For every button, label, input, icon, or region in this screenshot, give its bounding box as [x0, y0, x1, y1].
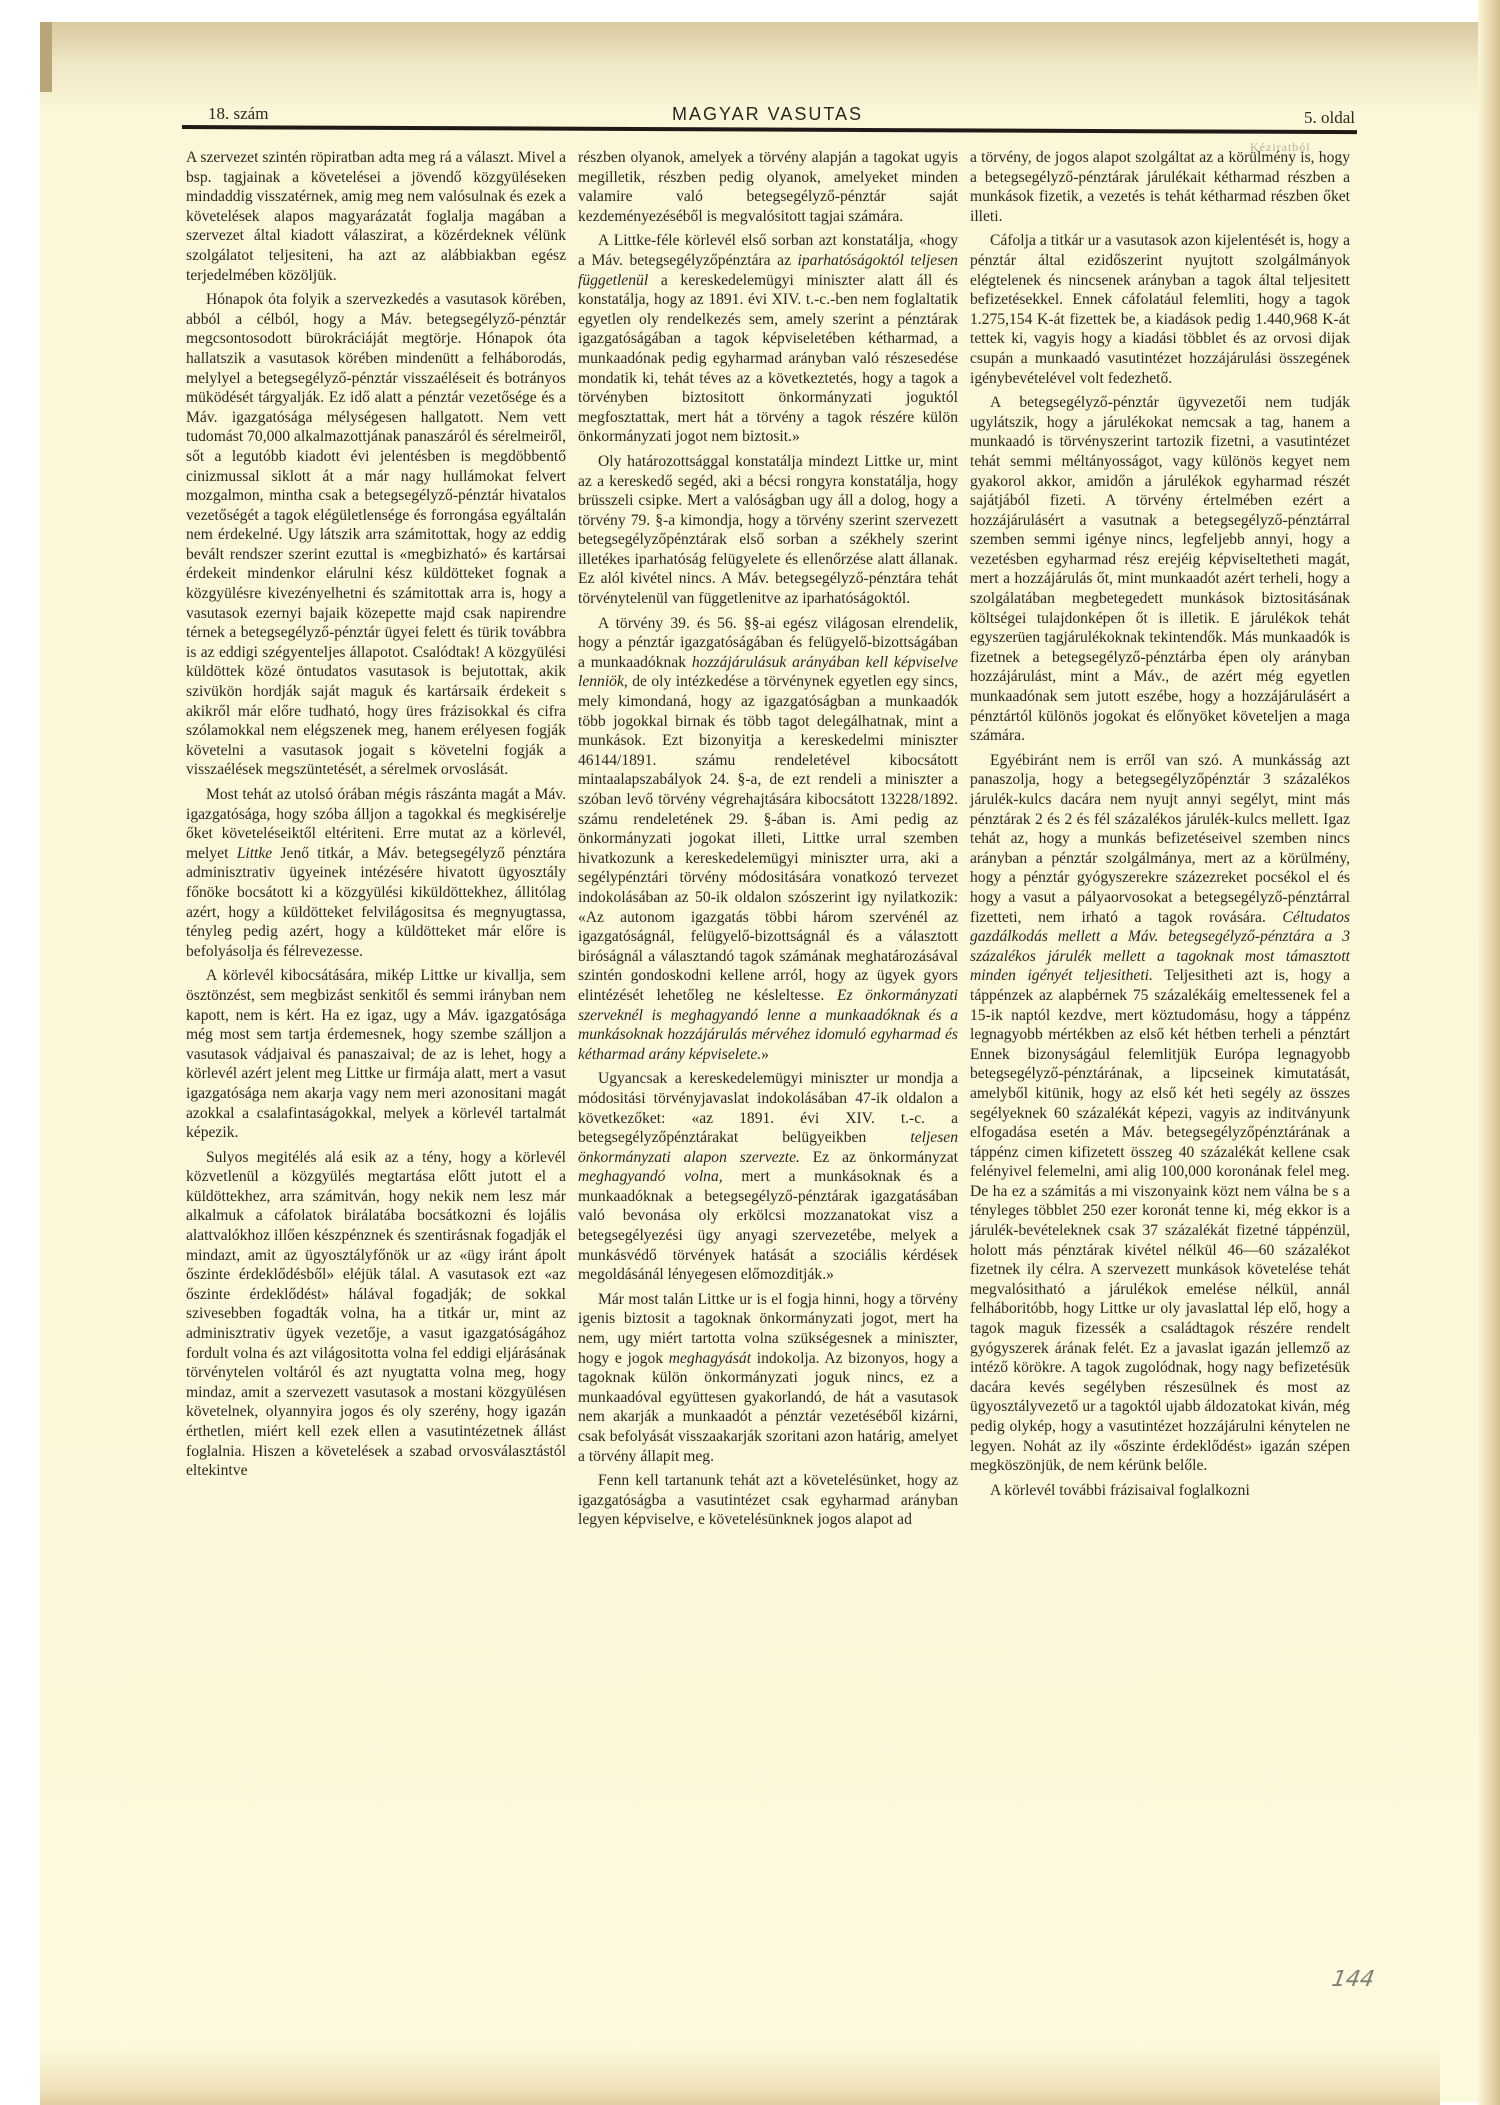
page-bottom-stain: [40, 2045, 1440, 2105]
column-1: A szervezet szintén röpiratban adta meg …: [186, 148, 566, 1535]
paragraph: Oly határozottsággal konstatálja mindezt…: [578, 452, 958, 609]
page-edge-right: [1478, 0, 1500, 2105]
paragraph: Már most talán Littke ur is el fogja hin…: [578, 1290, 958, 1466]
paragraph-text: »: [761, 1046, 769, 1063]
paragraph: Most tehát az utolsó órában mégis rászán…: [186, 785, 566, 961]
paragraph-text: a kereskedelemügyi miniszter alatt áll é…: [578, 272, 958, 446]
paragraph: a törvény, de jogos alapot szolgáltat az…: [970, 148, 1350, 226]
paragraph-text: a törvény, de jogos alapot szolgáltat az…: [970, 149, 1350, 225]
handwritten-page-number: 144: [1330, 1967, 1376, 1992]
page-number: 5. oldal: [1304, 108, 1355, 128]
page-edge-stain: [40, 22, 52, 92]
emphasis-text: Littke: [237, 845, 273, 862]
paragraph-text: Sulyos megitélés alá esik az a tény, hog…: [186, 1149, 566, 1480]
article-columns: A szervezet szintén röpiratban adta meg …: [186, 148, 1376, 1535]
newspaper-title: MAGYAR VASUTAS: [180, 104, 1355, 125]
paragraph-text: Jenő titkár, a Máv. betegsegélyző pénztá…: [186, 845, 566, 960]
column-2: részben olyanok, amelyek a törvény alapj…: [578, 148, 958, 1535]
paragraph: A szervezet szintén röpiratban adta meg …: [186, 148, 566, 285]
paragraph: Ugyancsak a kereskedelemügyi miniszter u…: [578, 1069, 958, 1285]
paragraph-text: A körlevél további frázisaival foglalkoz…: [990, 1482, 1250, 1499]
paragraph: Cáfolja a titkár ur a vasutasok azon kij…: [970, 231, 1350, 388]
paragraph: A Littke-féle körlevél első sorban azt k…: [578, 231, 958, 447]
paragraph: A betegsegélyző-pénztár ügyvezetői nem t…: [970, 393, 1350, 746]
paragraph: Egyébiránt nem is erről van szó. A munká…: [970, 751, 1350, 1476]
paragraph: A körlevél kibocsátására, mikép Littke u…: [186, 966, 566, 1142]
paragraph: Hónapok óta folyik a szervezkedés a vasu…: [186, 290, 566, 780]
paragraph: A körlevél további frázisaival foglalkoz…: [970, 1481, 1350, 1501]
paragraph-text: Oly határozottsággal konstatálja mindezt…: [578, 453, 958, 607]
paragraph-text: Fenn kell tartanunk tehát azt a követelé…: [578, 1472, 958, 1528]
emphasis-text: meghagyását: [669, 1350, 751, 1367]
emphasis-text: meghagyandó volna,: [578, 1168, 723, 1185]
paragraph-text: A szervezet szintén röpiratban adta meg …: [186, 149, 566, 284]
paragraph: Sulyos megitélés alá esik az a tény, hog…: [186, 1148, 566, 1481]
paragraph: A törvény 39. és 56. §§-ai egész világos…: [578, 614, 958, 1065]
paragraph: Fenn kell tartanunk tehát azt a követelé…: [578, 1471, 958, 1530]
paragraph-text: A körlevél kibocsátására, mikép Littke u…: [186, 967, 566, 1141]
paragraph: részben olyanok, amelyek a törvény alapj…: [578, 148, 958, 226]
paragraph-text: Ugyancsak a kereskedelemügyi miniszter u…: [578, 1070, 958, 1146]
paragraph-text: Hónapok óta folyik a szervezkedés a vasu…: [186, 291, 566, 778]
paragraph-text: Cáfolja a titkár ur a vasutasok azon kij…: [970, 232, 1350, 386]
column-3: a törvény, de jogos alapot szolgáltat az…: [970, 148, 1350, 1535]
paragraph-text: mert a munkásoknak és a munkaadóknak a b…: [578, 1168, 958, 1283]
paragraph-text: A betegsegélyző-pénztár ügyvezetői nem t…: [970, 394, 1350, 744]
paragraph-text: Teljesitheti azt is, hogy a táppénzek az…: [970, 967, 1350, 1474]
paragraph-text: Ez az önkormányzat: [800, 1149, 958, 1166]
paragraph-text: , de oly intézkedése a törvénynek egyetl…: [578, 673, 958, 1004]
paragraph-text: Egyébiránt nem is erről van szó. A munká…: [970, 752, 1350, 926]
paragraph-text: részben olyanok, amelyek a törvény alapj…: [578, 149, 958, 225]
